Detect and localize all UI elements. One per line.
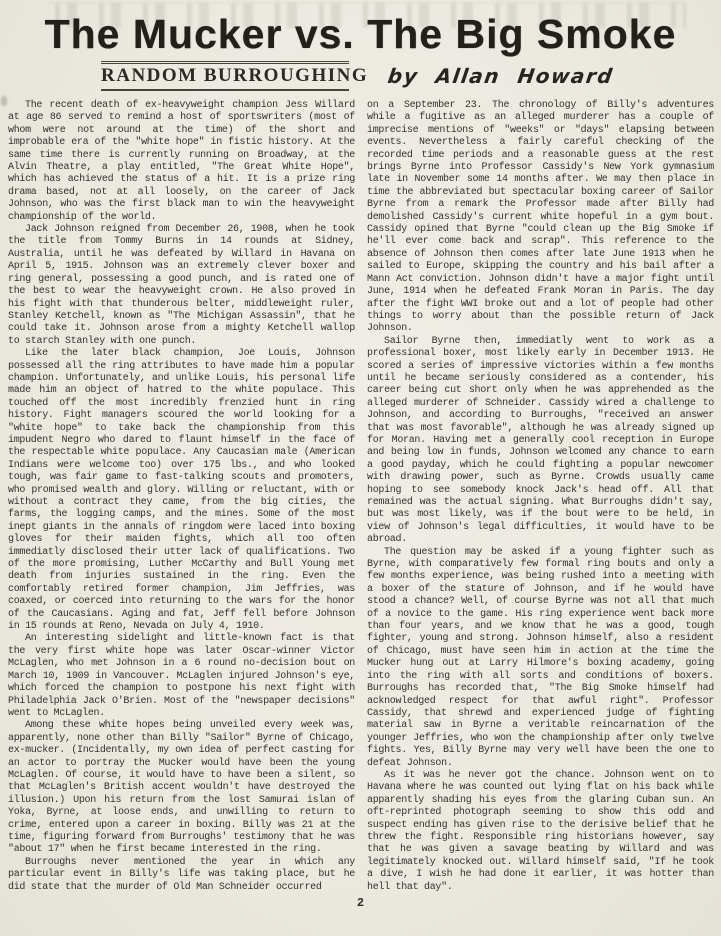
page-title: The Mucker vs. The Big Smoke (0, 11, 721, 58)
right-column: on a September 23. The chronology of Bil… (367, 100, 714, 894)
paragraph: Sailor Byrne then, immediatly went to wo… (367, 336, 714, 547)
scanned-article-page: The Mucker vs. The Big Smoke RANDOM BURR… (0, 0, 721, 936)
left-column: The recent death of ex-heavyweight champ… (8, 100, 355, 894)
byline: by Allan Howard (386, 64, 615, 88)
page-number: 2 (0, 896, 721, 910)
article-body: The recent death of ex-heavyweight champ… (8, 100, 714, 894)
paragraph: An interesting sidelight and little-know… (8, 633, 355, 720)
paragraph: The question may be asked if a young fig… (367, 547, 714, 770)
paragraph: As it was he never got the chance. Johns… (367, 770, 714, 894)
paragraph: Burroughs never mentioned the year in wh… (8, 857, 355, 894)
paragraph: Like the later black champion, Joe Louis… (8, 348, 355, 633)
column-header: RANDOM BURROUGHING (101, 61, 349, 91)
scan-speck-artifact (1, 96, 7, 106)
paragraph: Among these white hopes being unveiled e… (8, 720, 355, 856)
paragraph: on a September 23. The chronology of Bil… (367, 100, 714, 336)
paragraph: Jack Johnson reigned from December 26, 1… (8, 224, 355, 348)
paragraph: The recent death of ex-heavyweight champ… (8, 100, 355, 224)
